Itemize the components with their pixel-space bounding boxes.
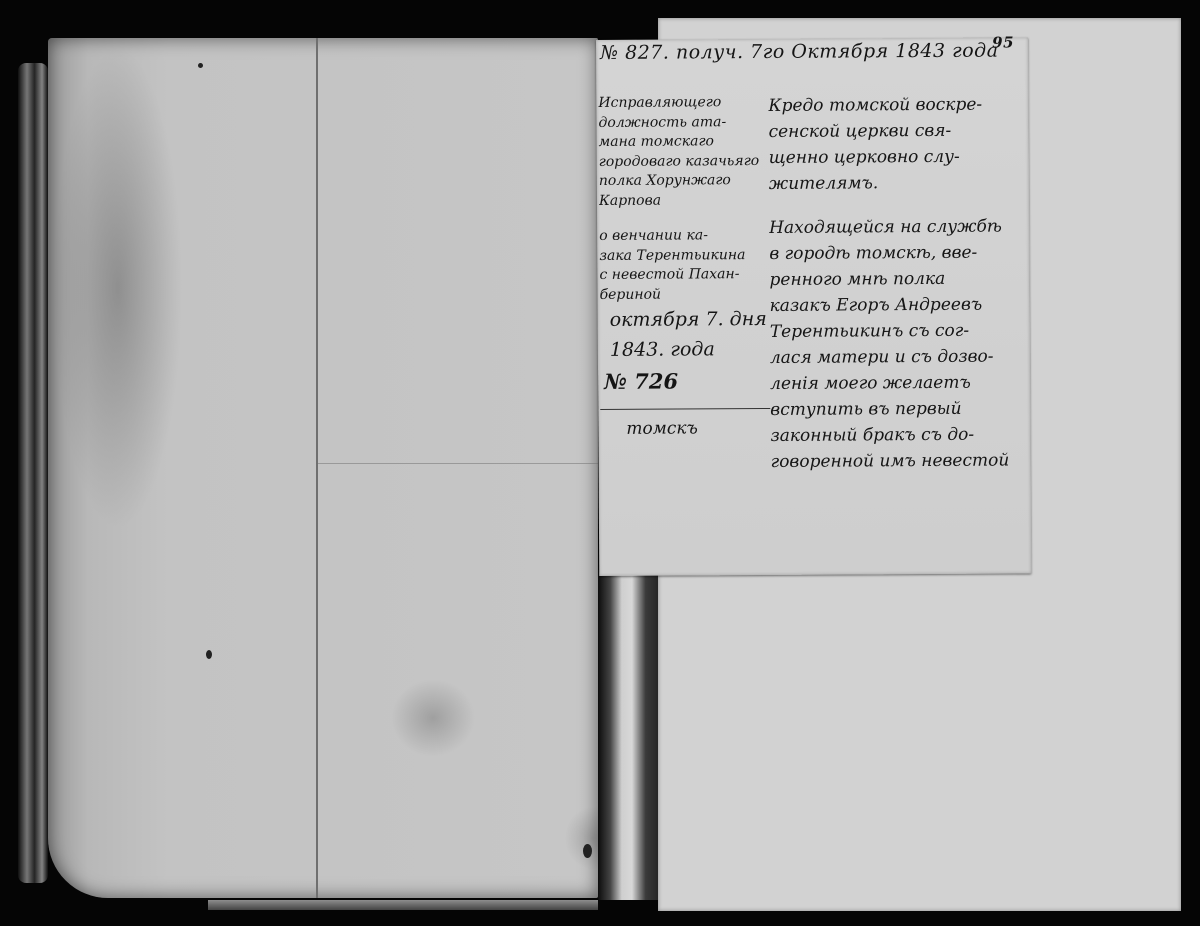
body-line: Находящейся на службѣ bbox=[769, 213, 1025, 241]
body-line: говоренной имъ невестой bbox=[771, 447, 1027, 475]
body-line: вступить въ первый bbox=[770, 395, 1026, 423]
sender-line: должность ата- bbox=[598, 112, 766, 133]
subject-line: с невестой Пахан- bbox=[599, 265, 767, 286]
divider-rule bbox=[600, 408, 770, 410]
ink-spot bbox=[198, 63, 203, 68]
body-line: лася матери и съ дозво- bbox=[770, 343, 1026, 371]
slip-right-column: Кредо томской воскре- сенской церкви свя… bbox=[768, 91, 1026, 475]
sender-line: Карпова bbox=[599, 190, 767, 211]
sender-line: Исправляющего bbox=[598, 93, 766, 114]
document-number: № 726 bbox=[600, 364, 768, 399]
addressee-line: жителямъ. bbox=[769, 169, 1025, 197]
place-name: томскъ bbox=[600, 415, 768, 442]
body-line: Терентьикинъ съ сог- bbox=[770, 317, 1026, 345]
body-line: казакъ Егоръ Андреевъ bbox=[770, 291, 1026, 319]
date-line: октября 7. дня bbox=[600, 304, 768, 335]
sender-line: мана томскаго bbox=[599, 132, 767, 153]
subject-line: зака Терентьикина bbox=[599, 245, 767, 266]
left-book-page bbox=[48, 38, 598, 898]
horizontal-fold-line bbox=[316, 463, 598, 464]
registration-line: № 827. получ. 7го Октября 1843 года bbox=[600, 40, 999, 64]
page-bottom-edge bbox=[208, 900, 598, 910]
body-line: в городѣ томскѣ, вве- bbox=[769, 239, 1025, 267]
sender-line: полка Хорунжаго bbox=[599, 171, 767, 192]
slip-header: № 827. получ. 7го Октября 1843 года 95 bbox=[600, 39, 1020, 82]
handwritten-slip: № 827. получ. 7го Октября 1843 года 95 И… bbox=[596, 37, 1031, 576]
addressee-line: щенно церковно слу- bbox=[769, 143, 1025, 171]
addressee-line: Кредо томской воскре- bbox=[768, 91, 1024, 119]
ink-spot bbox=[583, 844, 592, 858]
vertical-fold-line bbox=[316, 38, 318, 898]
ink-spot bbox=[206, 650, 212, 659]
body-line: ренного мнѣ полка bbox=[769, 265, 1025, 293]
book-spine-gutter bbox=[598, 570, 666, 900]
folio-number: 95 bbox=[992, 33, 1014, 51]
addressee-line: сенской церкви свя- bbox=[768, 117, 1024, 145]
sender-line: городоваго казачьяго bbox=[599, 151, 767, 172]
subject-line: о венчании ка- bbox=[599, 226, 767, 247]
year-line: 1843. года bbox=[600, 334, 768, 365]
page-edge-curl bbox=[18, 63, 48, 883]
slip-left-column: Исправляющего должность ата- мана томска… bbox=[598, 93, 768, 442]
body-line: ленія моего желаетъ bbox=[770, 369, 1026, 397]
body-line: законный бракъ съ до- bbox=[770, 421, 1026, 449]
subject-line: бериной bbox=[599, 284, 767, 305]
